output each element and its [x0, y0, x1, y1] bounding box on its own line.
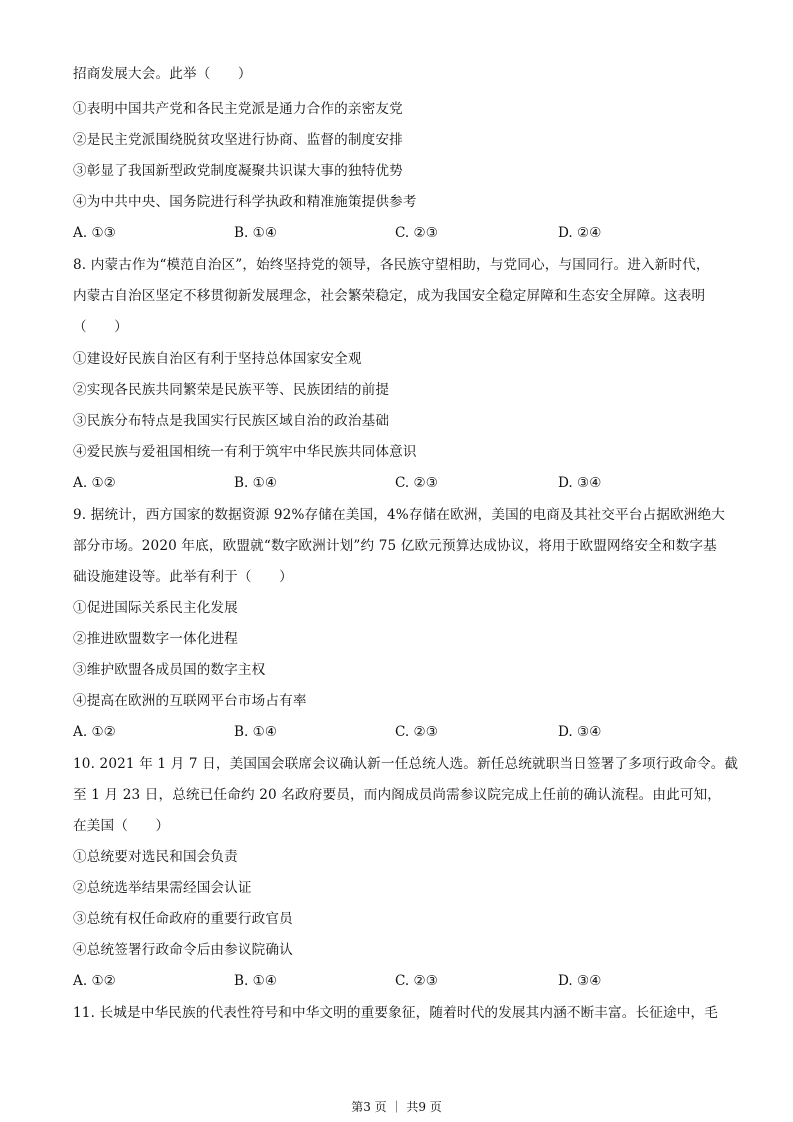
q9-stem-line-2: 部分市场。2020 年底，欧盟就“数字欧洲计划”约 75 亿欧元预算达成协议，将… [73, 537, 723, 555]
q9-stem-line-3: 础设施建设等。此举有利于（ ） [73, 568, 723, 586]
q9-option-c: C. ②③ [395, 723, 438, 741]
q9-options: A. ①② B. ①④ C. ②③ D. ③④ [73, 723, 723, 741]
q8-option-b: B. ①④ [234, 474, 277, 492]
q10-option-c: C. ②③ [395, 972, 438, 990]
q9-item-2: ②推进欧盟数字一体化进程 [73, 630, 723, 648]
q8-stem-line-3: （ ） [73, 318, 723, 336]
q10-option-d: D. ③④ [558, 972, 601, 990]
page-footer: 第3 页 ｜ 共9 页 [0, 1100, 793, 1114]
q10-stem-line-1: 10. 2021 年 1 月 7 日，美国国会联席会议确认新一任总统人选。新任总… [73, 755, 723, 773]
q9-option-d: D. ③④ [558, 723, 601, 741]
q7-option-d: D. ②④ [558, 224, 601, 242]
q8-option-c: C. ②③ [395, 474, 438, 492]
q10-option-b: B. ①④ [234, 972, 277, 990]
q10-item-4: ④总统签署行政命令后由参议院确认 [73, 941, 723, 959]
q7-stem-tail: 招商发展大会。此举（ ） [73, 65, 723, 83]
q7-item-4: ④为中共中央、国务院进行科学执政和精准施策提供参考 [73, 193, 723, 211]
q8-options: A. ①② B. ①④ C. ②③ D. ③④ [73, 474, 723, 492]
q10-options: A. ①② B. ①④ C. ②③ D. ③④ [73, 972, 723, 990]
q9-item-4: ④提高在欧洲的互联网平台市场占有率 [73, 692, 723, 710]
q10-stem-line-2: 至 1 月 23 日，总统已任命约 20 名政府要员，而内阁成员尚需参议院完成上… [73, 786, 723, 804]
exam-page: 招商发展大会。此举（ ） ①表明中国共产党和各民主党派是通力合作的亲密友党 ②是… [0, 0, 793, 1122]
q8-item-3: ③民族分布特点是我国实行民族区域自治的政治基础 [73, 412, 723, 430]
q8-item-1: ①建设好民族自治区有利于坚持总体国家安全观 [73, 350, 723, 368]
q8-item-4: ④爱民族与爱祖国相统一有利于筑牢中华民族共同体意识 [73, 443, 723, 461]
q10-option-a: A. ①② [73, 972, 116, 990]
q10-item-1: ①总统要对选民和国会负责 [73, 848, 723, 866]
q10-stem-line-3: 在美国（ ） [73, 817, 723, 835]
q7-item-3: ③彰显了我国新型政党制度凝聚共识谋大事的独特优势 [73, 162, 723, 180]
q9-item-3: ③维护欧盟各成员国的数字主权 [73, 661, 723, 679]
q10-item-2: ②总统选举结果需经国会认证 [73, 879, 723, 897]
q7-option-a: A. ①③ [73, 224, 116, 242]
q7-option-b: B. ①④ [234, 224, 277, 242]
q9-option-b: B. ①④ [234, 723, 277, 741]
q7-options: A. ①③ B. ①④ C. ②③ D. ②④ [73, 224, 723, 242]
q7-item-1: ①表明中国共产党和各民主党派是通力合作的亲密友党 [73, 100, 723, 118]
q7-item-2: ②是民主党派围绕脱贫攻坚进行协商、监督的制度安排 [73, 131, 723, 149]
q9-stem-line-1: 9. 据统计，西方国家的数据资源 92%存储在美国，4%存储在欧洲，美国的电商及… [73, 506, 723, 524]
q8-stem-line-1: 8. 内蒙古作为“模范自治区”，始终坚持党的领导，各民族守望相助，与党同心，与国… [73, 256, 723, 274]
q9-item-1: ①促进国际关系民主化发展 [73, 599, 723, 617]
q8-stem-line-2: 内蒙古自治区坚定不移贯彻新发展理念，社会繁荣稳定，成为我国安全稳定屏障和生态安全… [73, 287, 723, 305]
q8-option-d: D. ③④ [558, 474, 601, 492]
q9-option-a: A. ①② [73, 723, 116, 741]
q8-option-a: A. ①② [73, 474, 116, 492]
q11-stem-line-1: 11. 长城是中华民族的代表性符号和中华文明的重要象征，随着时代的发展其内涵不断… [73, 1004, 723, 1022]
q8-item-2: ②实现各民族共同繁荣是民族平等、民族团结的前提 [73, 381, 723, 399]
q7-option-c: C. ②③ [395, 224, 438, 242]
q10-item-3: ③总统有权任命政府的重要行政官员 [73, 910, 723, 928]
